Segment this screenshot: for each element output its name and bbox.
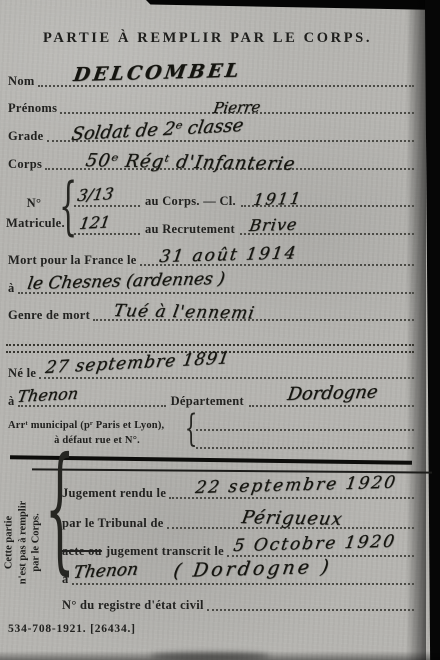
field-prenoms: Prénoms (8, 98, 414, 116)
field-registre: N° du registre d'état civil (62, 595, 414, 613)
arr-municipal-label: Arrᵗ municipal (pʳ Paris et Lyon), à déf… (8, 418, 186, 448)
matricule-recrutement-line (74, 233, 140, 235)
scan-edge-top (146, 0, 440, 10)
mort-date-label: Mort pour la France le (8, 253, 137, 268)
transcrit-lieu-label: à (62, 572, 69, 587)
registre-label: N° du registre d'état civil (62, 598, 204, 613)
matricule-corps-value-handwritten: 3/13 (76, 184, 115, 205)
matricule-corps-line (74, 205, 140, 207)
registre-line (207, 609, 414, 611)
matricule-label: N° Matricule. (6, 193, 62, 233)
field-matricule-recrutement: au Recrutement (74, 219, 414, 237)
jugement-rendu-label: Jugement rendu le (62, 486, 166, 501)
tribunal-value-handwritten: Périgueux (240, 507, 345, 530)
transcrit-lieu-value-handwritten: Thenon (72, 559, 140, 583)
recrutement-lieu-value-handwritten: Brive (248, 215, 299, 235)
departement-value-handwritten: Dordogne (286, 382, 379, 405)
nom-label: Nom (8, 74, 35, 89)
matricule-corps-label: au Corps. — Cl. (145, 194, 236, 209)
arr-municipal-line2 (196, 447, 414, 449)
arr-municipal-line1 (196, 429, 414, 431)
printer-imprint: 534-708-1921. [26434.] (8, 623, 136, 635)
genre-mort-value-handwritten: Tué à l'ennemi (112, 301, 256, 323)
classe-value-handwritten: 1911 (252, 189, 304, 209)
transcrit-label-struck: acte ou (62, 544, 102, 559)
mort-date-value-handwritten: 31 août 1914 (158, 243, 299, 267)
side-note-line2: n'est pas à remplir (16, 485, 30, 599)
prenoms-label: Prénoms (8, 101, 57, 116)
corps-value-handwritten: 50ᵉ Régᵗ d'Infanterie (84, 150, 297, 175)
arr-municipal-label-line1: Arrᵗ municipal (pʳ Paris et Lyon), (8, 420, 164, 431)
matricule-recrutement-value-handwritten: 121 (78, 212, 112, 233)
corps-label: Corps (8, 157, 42, 172)
arr-municipal-brace-icon (184, 420, 198, 442)
ne-a-line (18, 405, 166, 407)
arr-municipal-label-line2: à défaut rue et N°. (8, 433, 186, 448)
ne-a-label: à (8, 394, 15, 409)
nom-value-handwritten: DELCOMBEL (72, 60, 243, 86)
field-matricule-corps: au Corps. — Cl. (74, 191, 414, 209)
matricule-recrutement-label: au Recrutement (145, 222, 235, 237)
genre-mort-label: Genre de mort (8, 308, 90, 323)
mort-lieu-label: à (8, 281, 15, 296)
scan-edge-bottom (0, 651, 440, 660)
tribunal-label: par le Tribunal de (62, 516, 164, 531)
matricule-label-line2: Matricule. (6, 216, 65, 230)
matricule-label-line1: N° (27, 196, 42, 210)
transcrit-lieu-line (72, 583, 414, 585)
section-separator-line (6, 344, 414, 346)
field-tribunal: par le Tribunal de (62, 513, 414, 531)
ne-le-label: Né le (8, 366, 36, 381)
ne-le-line (39, 377, 414, 379)
grade-label: Grade (8, 129, 44, 144)
prenoms-value-handwritten: Pierre (212, 98, 262, 117)
scanned-military-death-record: PARTIE À REMPLIR PAR LE CORPS. Nom DELCO… (0, 0, 440, 660)
side-note-line1: Cette partie (3, 485, 17, 599)
departement-line (249, 405, 414, 407)
transcrit-label: jugement transcrit le (106, 544, 224, 559)
side-note-vertical: Cette partie n'est pas à remplir par le … (3, 485, 44, 599)
ne-a-value-handwritten: Thenon (16, 384, 80, 406)
form-title: PARTIE À REMPLIR PAR LE CORPS. (20, 30, 395, 47)
departement-label: Département (171, 394, 244, 409)
transcrit-departement-value-handwritten: ( Dordogne ) (172, 556, 333, 582)
